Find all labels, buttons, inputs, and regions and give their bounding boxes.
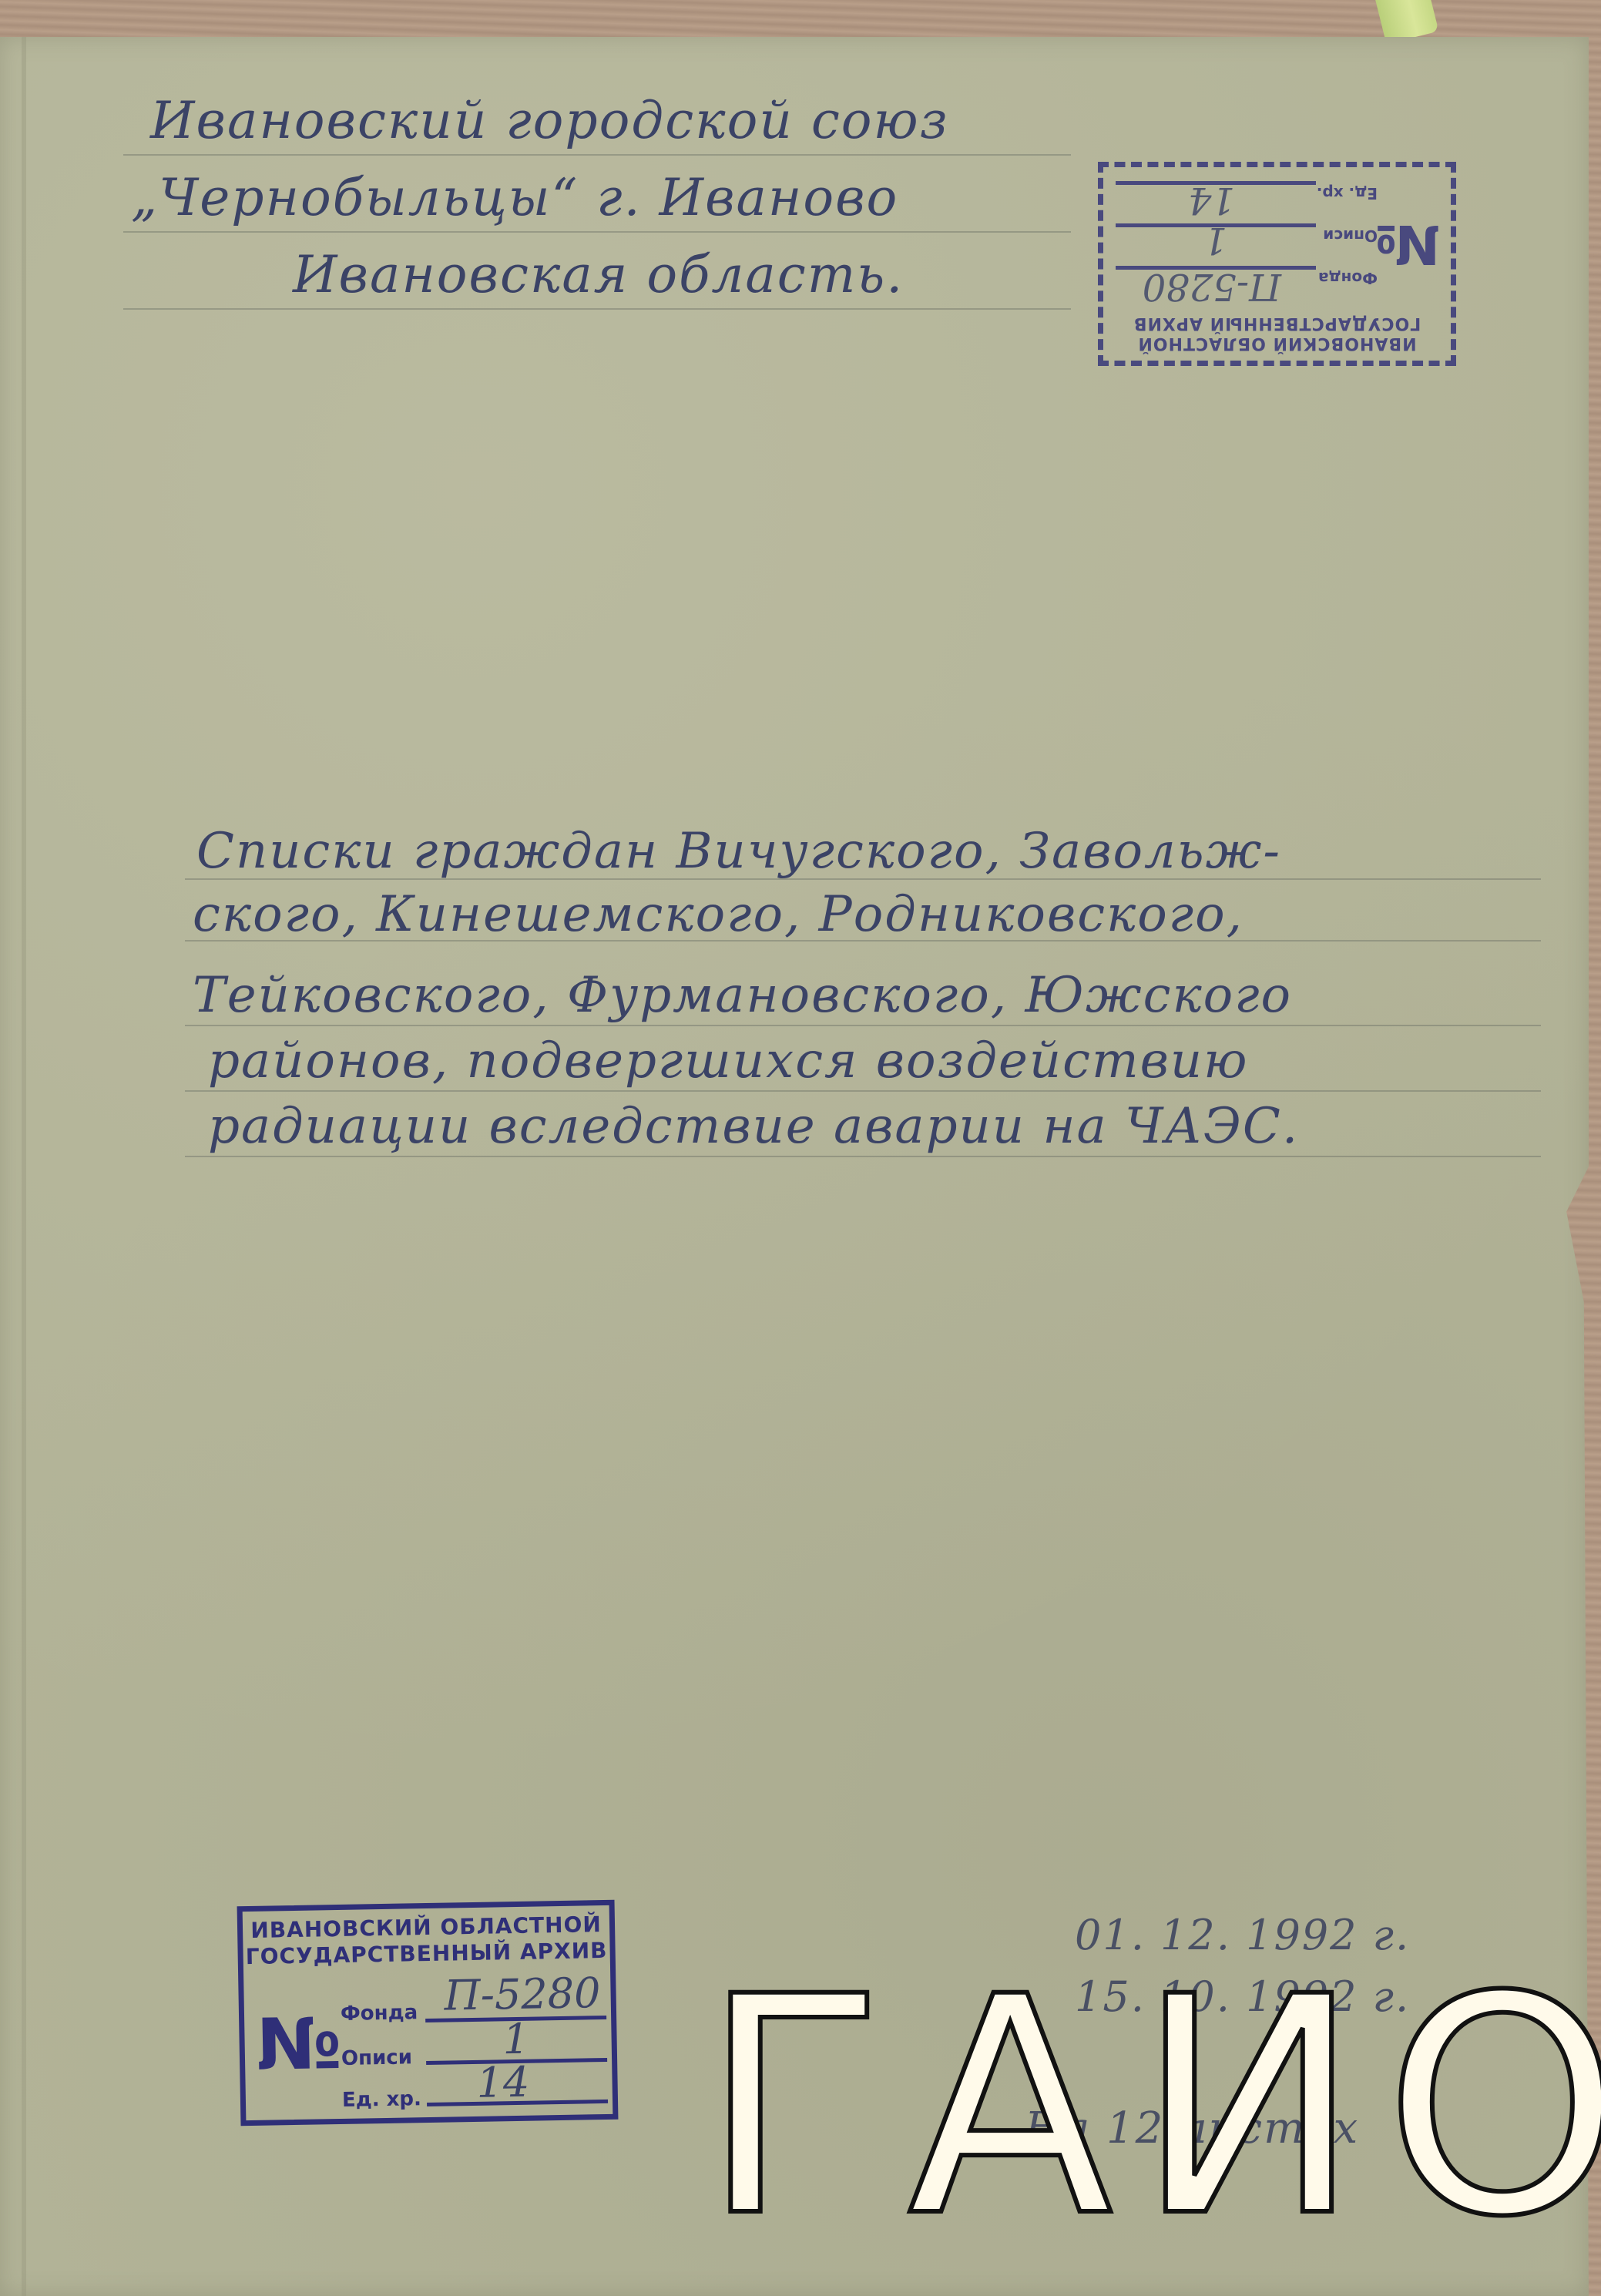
ed-khr-value: 14 (476, 2058, 530, 2107)
number-sign-icon: № (1375, 213, 1440, 276)
ruled-line (185, 1156, 1541, 1157)
folder-fold (22, 37, 26, 2296)
stamp-bottom-header: ИВАНОВСКИЙ ОБЛАСТНОЙ ГОСУДАРСТВЕННЫЙ АРХ… (243, 1912, 610, 1970)
ruled-line (123, 154, 1071, 156)
stamp-label-opisi: Описи (341, 2046, 412, 2070)
stamp-label-fonda: Фонда (341, 2001, 418, 2026)
ruled-line (185, 1025, 1541, 1026)
title-line-2: ского, Кинешемского, Родниковского, (193, 886, 1244, 943)
ruled-line (185, 1090, 1541, 1092)
title-line-3: Тейковского, Фурмановского, Южского (193, 967, 1292, 1024)
opis-value: 1 (502, 2015, 529, 2064)
gaio-watermark: ГАИО (701, 1957, 1601, 2257)
organization-line-1: Ивановский городской союз (150, 91, 949, 150)
archive-stamp-bottom: ИВАНОВСКИЙ ОБЛАСТНОЙ ГОСУДАРСТВЕННЫЙ АРХ… (237, 1900, 619, 2126)
title-line-5: радиации вследствие аварии на ЧАЭС. (208, 1098, 1299, 1155)
stamp-label-ed-khr: Ед. хр. (342, 2087, 421, 2112)
fond-value: П-5280 (444, 1969, 601, 2020)
title-line-1: Списки граждан Вичугского, Завольж- (196, 823, 1281, 880)
ruled-line (123, 231, 1071, 233)
ed-khr-value: 14 (1188, 179, 1235, 222)
opis-value: 1 (1203, 219, 1227, 262)
title-line-4: районов, подвергшихся воздействию (208, 1032, 1248, 1089)
archive-stamp-top: ИВАНОВСКИЙ ОБЛАСТНОЙ ГОСУДАРСТВЕННЫЙ АРХ… (1098, 162, 1456, 366)
number-sign-icon: № (256, 2002, 343, 2086)
fond-value: П-5280 (1143, 265, 1281, 308)
ruled-line (123, 308, 1071, 310)
organization-line-2: „Чернобыльцы“ г. Иваново (131, 168, 898, 227)
stamp-top-header: ИВАНОВСКИЙ ОБЛАСТНОЙ ГОСУДАРСТВЕННЫЙ АРХ… (1103, 313, 1451, 353)
organization-line-3: Ивановская область. (293, 245, 904, 304)
